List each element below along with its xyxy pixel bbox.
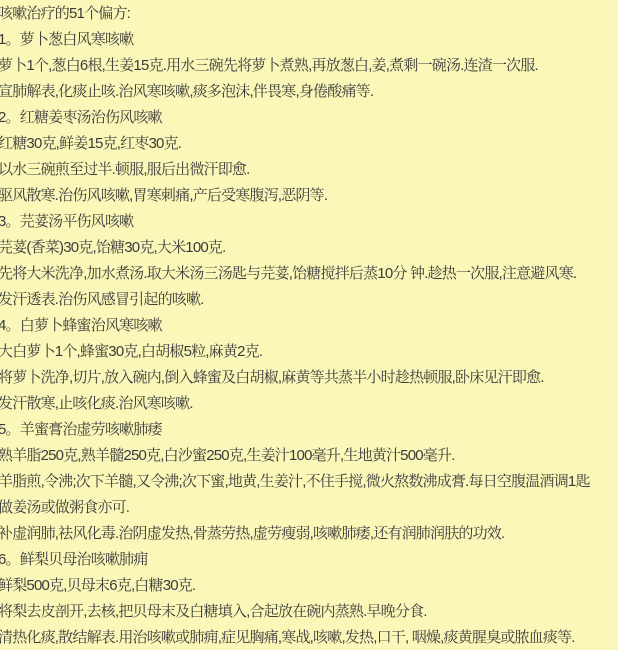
remedy-1-heading: 1。萝卜葱白风寒咳嗽 bbox=[0, 27, 618, 53]
remedy-line: 先将大米洗净,加水煮汤.取大米汤三汤匙与芫荽,饴糖搅拌后蒸10分 钟.趁热一次服… bbox=[0, 261, 618, 287]
remedy-2-heading: 2。红糖姜枣汤治伤风咳嗽 bbox=[0, 105, 618, 131]
remedy-line: 宣肺解表,化痰止咳.治风寒咳嗽,痰多泡沫,伴畏寒,身倦酸痛等. bbox=[0, 79, 618, 105]
remedy-line: 红糖30克,鲜姜15克,红枣30克. bbox=[0, 131, 618, 157]
remedy-line: 以水三碗煎至过半.顿服,服后出微汗即愈. bbox=[0, 157, 618, 183]
remedy-line: 将梨去皮剖开,去核,把贝母末及白糖填入,合起放在碗内蒸熟.早晚分食. bbox=[0, 599, 618, 625]
remedy-line: 大白萝卜1个,蜂蜜30克,白胡椒5粒,麻黄2克. bbox=[0, 339, 618, 365]
remedy-line: 补虚润肺,祛风化毒.治阴虚发热,骨蒸劳热,虚劳瘦弱,咳嗽肺痿,还有润肺润肤的功效… bbox=[0, 521, 618, 547]
remedy-line: 驱风散寒.治伤风咳嗽,胃寒刺痛,产后受寒腹泻,恶阴等. bbox=[0, 183, 618, 209]
document-page: { "page": { "colors": { "page-bg": "#FAF… bbox=[0, 0, 618, 650]
remedy-6-heading: 6。鲜梨贝母治咳嗽肺痈 bbox=[0, 547, 618, 573]
remedy-line: 熟羊脂250克,熟羊髓250克,白沙蜜250克,生姜汁100毫升,生地黄汁500… bbox=[0, 443, 618, 469]
remedy-line: 发汗透表.治伤风感冒引起的咳嗽. bbox=[0, 287, 618, 313]
remedy-line: 鲜梨500克,贝母末6克,白糖30克. bbox=[0, 573, 618, 599]
remedy-line: 芫荽(香菜)30克,饴糖30克,大米100克. bbox=[0, 235, 618, 261]
remedy-4-heading: 4。白萝卜蜂蜜治风寒咳嗽 bbox=[0, 313, 618, 339]
remedy-line: 羊脂煎,令沸;次下羊髓,又令沸;次下蜜,地黄,生姜汁,不住手搅,微火熬数沸成膏.… bbox=[0, 469, 618, 495]
remedy-line: 清热化痰,散结解表.用治咳嗽或肺痈,症见胸痛,寒战,咳嗽,发热,口干, 咽燥,痰… bbox=[0, 625, 618, 650]
remedy-line: 发汗散寒,止咳化痰.治风寒咳嗽. bbox=[0, 391, 618, 417]
remedies-document: 咳嗽治疗的51个偏方: 1。萝卜葱白风寒咳嗽 萝卜1个,葱白6根,生姜15克.用… bbox=[0, 1, 618, 650]
remedy-5-heading: 5。羊蜜膏治虚劳咳嗽肺痿 bbox=[0, 417, 618, 443]
remedy-line: 萝卜1个,葱白6根,生姜15克.用水三碗先将萝卜煮熟,再放葱白,姜,煮剩一碗汤.… bbox=[0, 53, 618, 79]
remedy-3-heading: 3。芫荽汤平伤风咳嗽 bbox=[0, 209, 618, 235]
page-title: 咳嗽治疗的51个偏方: bbox=[0, 1, 618, 27]
remedy-line: 做姜汤或做粥食亦可. bbox=[0, 495, 618, 521]
remedy-line: 将萝卜洗净,切片,放入碗内,倒入蜂蜜及白胡椒,麻黄等共蒸半小时趁热顿服,卧床见汗… bbox=[0, 365, 618, 391]
